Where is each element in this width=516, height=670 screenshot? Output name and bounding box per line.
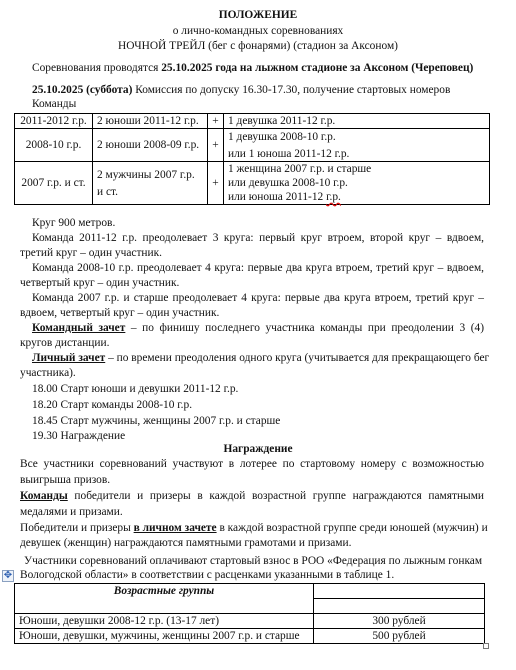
schedule-item: 18.20 Старт команды 2008-10 г.р. [32,398,192,413]
schedule-item: 18.00 Старт юноши и девушки 2011-12 г.р. [32,382,238,397]
team2-rule-line1: Команда 2008-10 г.р. преодолевает 4 круг… [32,261,484,276]
table-row: 2007 г.р. и ст. 2 мужчины 2007 г.р. и ст… [15,162,490,205]
plus-cell: + [208,114,224,129]
personal-scoring-label: Личный зачет [32,352,105,364]
document-subtitle: о лично-командных соревнованиях [0,24,516,39]
fee-price-cell: 500 рублей [314,629,485,644]
team3-rule-line1: Команда 2007 г.р. и старше преодолевает … [32,291,484,306]
age-group-cell: 2008-10 г.р. [15,129,93,162]
lottery-line1: Все участники соревнований участвуют в л… [20,457,484,472]
table-move-handle-icon[interactable]: ✥ [2,570,14,582]
fee-text-line1: Участники соревнований оплачивают старто… [24,554,482,569]
team-awards-label: Команды [20,490,68,502]
personal-awards-prefix: Победители и призеры [20,522,134,534]
personal-awards-line1: Победители и призеры в личном зачете в к… [20,521,488,536]
admission-text: Комиссия по допуску 16.30-17.30, получен… [132,84,450,96]
personal-scoring-line2: участника). [20,366,76,381]
extra-member-cell: 1 девушка 2011-12 г.р. [224,114,490,129]
extra-option: или 1 юноша 2011-12 г.р. [228,147,485,161]
team-scoring-line2: кругов дистанции. [20,336,109,351]
extra-option: или юноша 2011-12 г.р. [228,190,485,204]
extra-member-cell: 1 женщина 2007 г.р. и старше или девушка… [224,162,490,205]
age-group-cell: 2011-2012 г.р. [15,114,93,129]
empty-cell [314,584,485,599]
teams-label: Команды [32,97,76,112]
personal-awards-label: в личном зачете [134,522,217,534]
admission-date: 25.10.2025 (суббота) [32,84,132,96]
team1-rule-line1: Команда 2011-12 г.р. преодолевает 3 круг… [32,231,484,246]
venue-prefix: Соревнования проводятся [32,62,161,74]
table-row: 2011-2012 г.р. 2 юноши 2011-12 г.р. + 1 … [15,114,490,129]
table-row: Юноши, девушки 2008-12 г.р. (13-17 лет) … [15,614,485,629]
extra-option-text: или юноша 2011-12 [228,191,326,203]
venue-date-place: 25.10.2025 года на лыжном стадионе за Ак… [161,62,473,74]
fee-table: Возрастные группы Юноши, девушки 2008-12… [14,583,485,644]
personal-awards-text: в каждой возрастной группе среди юношей … [217,522,488,534]
boys-cell: 2 мужчины 2007 г.р. и ст. [93,162,208,205]
age-group-cell: 2007 г.р. и ст. [15,162,93,205]
team1-rule-line2: третий круг – один участник. [20,246,162,261]
schedule-item: 18.45 Старт мужчины, женщины 2007 г.р. и… [32,414,280,429]
plus-cell: + [208,162,224,205]
fee-text-line2: Вологодской области» в соответствии с ра… [20,568,394,583]
table-resize-handle[interactable] [483,643,489,649]
extra-option: 1 девушка 2008-10 г.р. [228,130,485,144]
boys-line: 2 мужчины 2007 г.р. [97,168,203,182]
team-scoring-line1: Командный зачет – по финишу последнего у… [32,321,484,336]
awards-heading: Награждение [0,442,516,457]
table-row: 2008-10 г.р. 2 юноши 2008-09 г.р. + 1 де… [15,129,490,162]
team-awards-line1: Команды победители и призеры в каждой во… [20,489,484,504]
empty-cell [314,599,485,614]
event-name: НОЧНОЙ ТРЕЙЛ (бег с фонарями) (стадион з… [0,39,516,54]
admission-line: 25.10.2025 (суббота) Комиссия по допуску… [32,83,450,98]
team-scoring-label: Командный зачет [32,322,125,334]
boys-cell: 2 юноши 2011-12 г.р. [93,114,208,129]
extra-member-cell: 1 девушка 2008-10 г.р. или 1 юноша 2011-… [224,129,490,162]
team-awards-line2: медалями и призами. [20,505,123,520]
fee-group-cell: Юноши, девушки 2008-12 г.р. (13-17 лет) [15,614,314,629]
spellcheck-underline: г.р. [326,191,341,203]
teams-composition-table: 2011-2012 г.р. 2 юноши 2011-12 г.р. + 1 … [14,113,490,205]
team3-rule-line2: вдвоем, четвертый круг – один участник. [20,306,219,321]
personal-scoring-line1: Личный зачет – по времени преодоления од… [32,351,489,366]
personal-awards-line2: девушек (женщин) награждаются памятными … [20,536,351,551]
extra-option: или девушка 2008-10 г.р. [228,176,485,190]
table-row: Возрастные группы [15,584,485,599]
fee-table-header: Возрастные группы [15,584,314,614]
personal-scoring-text: – по времени преодоления одного круга (у… [105,352,489,364]
fee-group-cell: Юноши, девушки, мужчины, женщины 2007 г.… [15,629,314,644]
lap-length: Круг 900 метров. [32,216,115,231]
boys-line: и ст. [97,185,203,199]
document-title: ПОЛОЖЕНИЕ [0,8,516,23]
table-row: Юноши, девушки, мужчины, женщины 2007 г.… [15,629,485,644]
boys-cell: 2 юноши 2008-09 г.р. [93,129,208,162]
event-venue-line: Соревнования проводятся 25.10.2025 года … [32,61,473,76]
team-scoring-text: – по финишу последнего участника команды… [125,322,484,334]
extra-option: 1 женщина 2007 г.р. и старше [228,162,485,176]
team2-rule-line2: четвертый круг – один участник. [20,276,179,291]
team-awards-text: победители и призеры в каждой возрастной… [68,490,484,502]
fee-price-cell: 300 рублей [314,614,485,629]
plus-cell: + [208,129,224,162]
lottery-line2: выигрыша призов. [20,473,110,488]
